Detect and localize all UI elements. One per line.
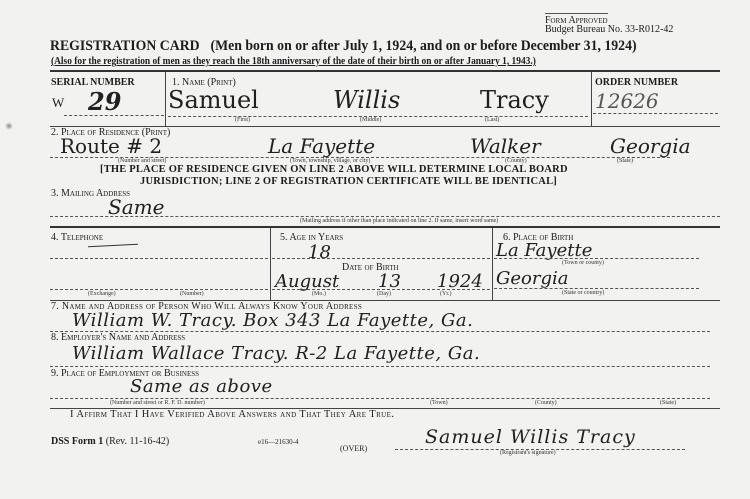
birthplace-state-underline [494, 288, 699, 289]
affirmation-text: I Affirm That I Have Verified Above Answ… [70, 409, 394, 420]
birthplace-town-underline [494, 258, 699, 259]
over-note: (OVER) [340, 444, 367, 453]
birthplace-state[interactable]: Georgia [496, 268, 568, 289]
employment-county-caption: (County) [535, 400, 557, 406]
name-middle[interactable]: Willis [333, 86, 400, 114]
divider [270, 228, 271, 300]
mailing-address-caption: (Mailing address if other than place ind… [300, 218, 498, 224]
residence-state[interactable]: Georgia [610, 134, 691, 158]
employment-street-caption: (Number and street or R. F. D. number) [110, 400, 205, 406]
telephone-exchange-caption: (Exchange) [88, 291, 116, 297]
employment-place-value[interactable]: Same as above [130, 376, 273, 397]
registration-card-title: REGISTRATION CARD (Men born on or after … [50, 38, 637, 55]
budget-bureau-number: Budget Bureau No. 33-R012-42 [545, 24, 673, 35]
dob-month-caption: (Mo.) [312, 291, 326, 297]
telephone-label: 4. Telephone [51, 232, 103, 243]
employer-label: 8. Employer's Name and Address [51, 332, 185, 343]
order-underline [593, 113, 718, 114]
residence-street[interactable]: Route # 2 [60, 134, 162, 158]
employment-state-caption: (State) [660, 400, 676, 406]
name-middle-caption: (Middle) [360, 117, 381, 123]
residence-state-caption: (State) [617, 158, 633, 164]
serial-underline [64, 115, 164, 116]
employer-underline [50, 366, 710, 367]
telephone-underline-1 [50, 258, 268, 259]
paper-speck [5, 122, 13, 130]
age-value[interactable]: 18 [308, 242, 331, 263]
divider [492, 228, 493, 300]
age-underline [272, 258, 490, 259]
employment-underline [50, 398, 710, 399]
title-main: REGISTRATION CARD [50, 38, 200, 54]
employer-value[interactable]: William Wallace Tracy. R-2 La Fayette, G… [72, 343, 480, 364]
dob-day-caption: (Day) [377, 291, 391, 297]
order-number-label: ORDER NUMBER [595, 77, 678, 88]
name-first[interactable]: Samuel [168, 86, 259, 114]
residence-notice-line1: [THE PLACE OF RESIDENCE GIVEN ON LINE 2 … [100, 164, 568, 175]
name-last-caption: (Last) [485, 117, 499, 123]
employment-town-caption: (Town) [430, 400, 448, 406]
residence-town[interactable]: La Fayette [268, 134, 375, 158]
dob-year-caption: (Yr.) [440, 291, 452, 297]
residence-county[interactable]: Walker [470, 134, 541, 158]
telephone-underline-2 [50, 289, 268, 290]
form-id-block: DSS Form 1 (Rev. 11-16-42) [51, 436, 169, 447]
registrant-signature[interactable]: Samuel Willis Tracy [425, 426, 636, 448]
dob-underline [272, 289, 490, 290]
telephone-number-caption: (Number) [180, 291, 204, 297]
name-last[interactable]: Tracy [480, 86, 549, 114]
name-first-caption: (First) [235, 117, 250, 123]
birthplace-state-caption: (State or country) [562, 290, 604, 296]
residence-notice-line2: JURISDICTION; LINE 2 OF REGISTRATION CER… [140, 176, 557, 187]
form-revision: (Rev. 11-16-42) [106, 436, 169, 447]
serial-number-value[interactable]: 29 [88, 87, 121, 116]
telephone-dash [88, 244, 138, 248]
divider [165, 72, 166, 126]
serial-prefix: W [52, 95, 64, 111]
title-subtitle: (Also for the registration of men as the… [51, 56, 536, 67]
birthplace-town-caption: (Town or county) [562, 260, 604, 266]
row-rule [50, 226, 720, 228]
contact-person-value[interactable]: William W. Tracy. Box 343 La Fayette, Ga… [72, 310, 473, 331]
divider [591, 72, 592, 126]
print-code: e16—21630-4 [258, 438, 298, 446]
mailing-underline [50, 216, 720, 217]
signature-caption: (Registrant's signature) [500, 450, 556, 456]
header-rule [50, 70, 720, 72]
title-eligibility: (Men born on or after July 1, 1924, and … [210, 38, 636, 54]
form-id: DSS Form 1 [51, 436, 103, 447]
order-number-value[interactable]: 12626 [595, 89, 659, 113]
